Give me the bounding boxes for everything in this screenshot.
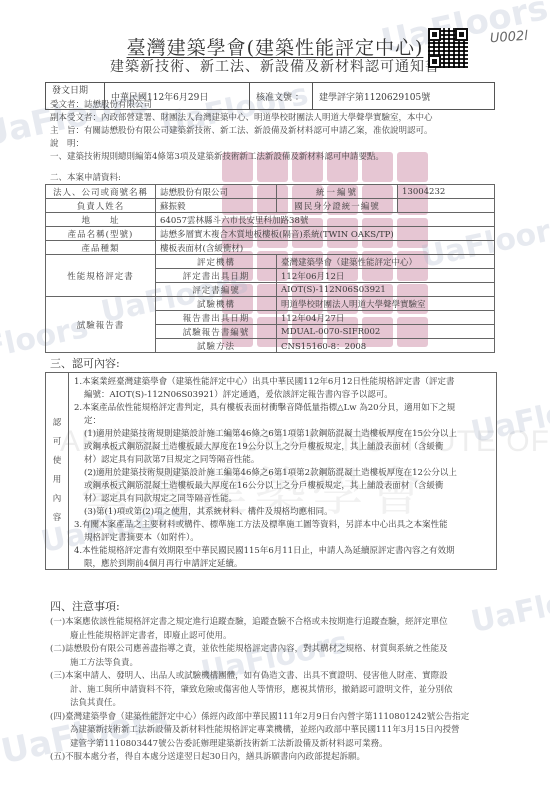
- id-value: [398, 199, 495, 213]
- test-row-label: 試驗機構: [156, 297, 277, 311]
- product-type-label: 產品種類: [46, 241, 156, 255]
- owner-label: 負責人姓名: [46, 199, 156, 213]
- evaluation-row-value: 臺灣建築學會（建築性能評定中心）: [277, 255, 495, 269]
- section4-title: 四、注意事項:: [50, 598, 120, 614]
- address-label: 地 址: [46, 213, 156, 227]
- approval-item-1: 1.本案業經臺灣建築學會（建築性能評定中心）出具中華民國112年6月12日性能規…: [74, 376, 490, 402]
- approval-side-label: 認 可 使 用 內 容: [46, 373, 69, 569]
- approval-item-3: 3.有關本案產品之主要材料或構件、標準施工方法及標準施工圖等資料，另詳本中心出具…: [74, 519, 490, 545]
- owner-value: 蘇振毅: [156, 199, 277, 213]
- note-item-4: (四)臺灣建築學會（建築性能評定中心）係經內政部中華民國111年2月9日台內營字…: [50, 711, 495, 752]
- evaluation-row-value: AIOT(S)-112N06S03921: [277, 283, 495, 297]
- notes-list: (一)本案應依該性能規格評定書之規定進行追蹤查驗，追蹤查驗不合格或未按期進行追蹤…: [50, 616, 495, 765]
- evaluation-row-label: 評定書編號: [156, 283, 277, 297]
- note-item-2: (二)誌懋股份有限公司應善盡指導之責，並依性能規格評定書內容，對其構材之規格、材…: [50, 643, 495, 670]
- uniform-no-value: 13004232: [398, 185, 495, 199]
- recipient-line: 受文者：誌懋股份有限公司: [50, 99, 433, 112]
- approval-subitem-2: (2)適用於建築技術規則建築設計施工編第46條之6第1項第2款鋼筋混凝土造樓板厚…: [74, 467, 490, 506]
- subject-line: 主 旨：有關誌懋股份有限公司建築新技術、新工法、新設備及新材料認可申請乙案，准依…: [50, 125, 433, 138]
- approval-subitem-1: (1)適用於建築技術規則建築設計施工編第46條之6第1項第1款鋼筋混凝土造樓板厚…: [74, 428, 490, 467]
- note-item-3: (三)本案申請人、發明人、出品人或試驗機構團體，如有偽造文書、出具不實證明、侵害…: [50, 670, 495, 711]
- evaluation-row-value: 112年06月12日: [277, 269, 495, 283]
- note-item-5: (五)不服本處分者，得自本處分送達翌日起30日內，繕具訴願書向內政部提起訴願。: [50, 751, 495, 765]
- recipients-block: 受文者：誌懋股份有限公司 副本受文者：內政部營建署、財團法人台灣建築中心、明道學…: [50, 99, 433, 164]
- test-row-label: 報告書出具日期: [156, 311, 277, 325]
- note-item-1: (一)本案應依該性能規格評定書之規定進行追蹤查驗，追蹤查驗不合格或未按期進行追蹤…: [50, 616, 495, 643]
- uniform-no-label: 統一編號: [277, 185, 398, 199]
- approval-content-box: 認 可 使 用 內 容 1.本案業經臺灣建築學會（建築性能評定中心）出具中華民國…: [45, 372, 497, 570]
- company-label: 法人、公司或商號名稱: [46, 185, 156, 199]
- address-value: 64057雲林縣斗六市長安里科加路38號: [156, 213, 495, 227]
- explanation-label: 說 明：: [50, 138, 433, 151]
- evaluation-row-label: 評定書出具日期: [156, 269, 277, 283]
- test-row-value: 明道學校財團法人明道大學聲學實驗室: [277, 297, 495, 311]
- test-row-label: 試驗方法: [156, 339, 277, 353]
- id-label: 國民身分證統一編號: [277, 199, 398, 213]
- product-name-label: 產品名稱(型號): [46, 227, 156, 241]
- application-data-table: 法人、公司或商號名稱 誌懋股份有限公司 統一編號 13004232 負責人姓名 …: [45, 184, 495, 353]
- approval-item-2: 2.本案產品依性能規格評定書判定，具有樓板表面材衝擊音降低量指標△Lw 為20分…: [74, 402, 490, 519]
- test-row-value: MDUAL-0070-SIFR002: [277, 325, 495, 339]
- test-group-label: 試驗報告書: [46, 297, 156, 353]
- test-row-label: 試驗報告書編號: [156, 325, 277, 339]
- evaluation-group-label: 性能規格評定書: [46, 255, 156, 297]
- product-name-value: 誌懋多層實木複合木質地板樓板(隔音)系統(TWIN OAKS/TP): [156, 227, 495, 241]
- approval-subitem-3: (3)第(1)項或第(2)項之使用，其系統材料、構件及規格均應相同。: [74, 506, 490, 519]
- qr-code-icon: [428, 28, 468, 68]
- test-row-value: CNS15160-8：2008: [277, 339, 495, 353]
- approval-content-body: 1.本案業經臺灣建築學會（建築性能評定中心）出具中華民國112年6月12日性能規…: [74, 376, 490, 571]
- evaluation-row-label: 評定機構: [156, 255, 277, 269]
- approval-item-4: 4.本性能規格評定書有效期限至中華民國民國115年6月11日止，申請人為延續原評…: [74, 545, 490, 571]
- product-type-value: 樓板表面材(含緩衝材): [156, 241, 495, 255]
- handwritten-note: U002l: [490, 29, 529, 47]
- section1-text: 一、建築技術規則總則編第4條第3項及建築新技術新工法新設備及新材料認可申請要點。: [50, 151, 433, 164]
- section3-title: 三、認可內容:: [50, 355, 120, 371]
- test-row-value: 112年04月27日: [277, 311, 495, 325]
- company-value: 誌懋股份有限公司: [156, 185, 277, 199]
- cc-line: 副本受文者：內政部營建署、財團法人台灣建築中心、明道學校財團法人明道大學聲學實驗…: [50, 112, 433, 125]
- document-page: ARCHITECTURAL INSTITUTE OF TAIWAN 臺灣建築學會…: [0, 0, 550, 795]
